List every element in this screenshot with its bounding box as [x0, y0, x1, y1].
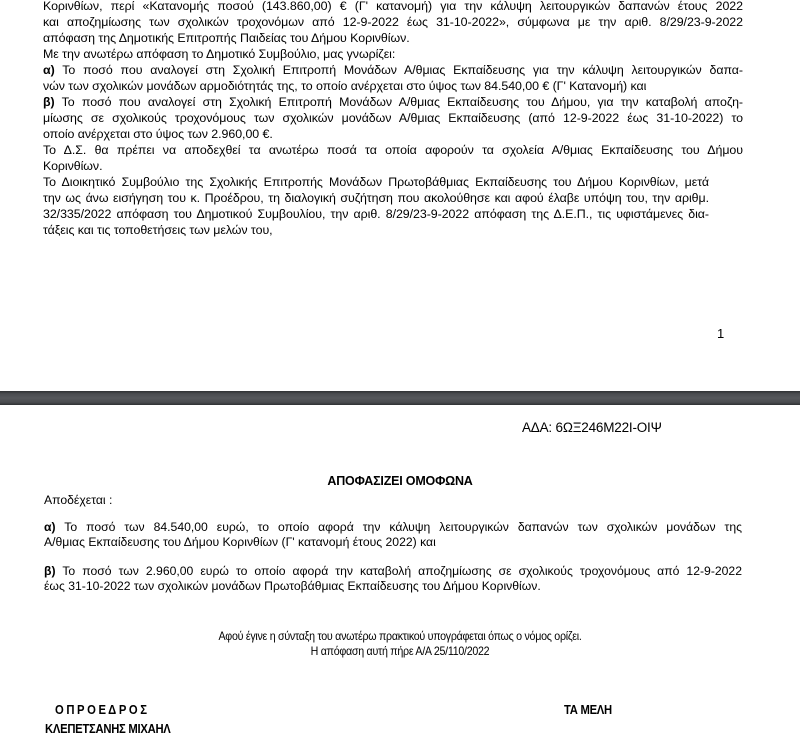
body-line: Κορινθίων. — [43, 159, 743, 173]
item-b-text: Το ποσό των 2.960,00 ευρώ το οποίο αφορά… — [56, 564, 743, 578]
item-b-line1: β) Το ποσό των 2.960,00 ευρώ το οποίο αφ… — [44, 564, 742, 578]
body-line-item-a: α) Το ποσό που αναλογεί στη Σχολική Επιτ… — [43, 63, 743, 77]
president-name: ΚΛΕΠΕΤΣΑΝΗΣ ΜΙΧΑΗΛ — [45, 722, 171, 736]
body-line: την ως άνω εισήγηση του κ. Προέδρου, τη … — [43, 191, 709, 205]
body-line: νών των σχολικών μονάδων αρμοδιότητάς τη… — [43, 79, 743, 93]
body-line: και αποζημίωσης των σχολικών τροχονόμων … — [43, 15, 743, 29]
item-a-text: Το ποσό των 84.540,00 ευρώ, το οποίο αφο… — [56, 520, 742, 534]
page-number: 1 — [717, 326, 724, 341]
page-separator — [0, 391, 800, 405]
item-a-label: α) — [43, 63, 55, 77]
body-line: μίωσης σε σχολικούς τροχονόμους των σχολ… — [43, 111, 743, 125]
item-a-text: Το ποσό που αναλογεί στη Σχολική Επιτροπ… — [55, 63, 743, 77]
body-line: τάξεις και τις τοποθετήσεις των μελών το… — [43, 223, 743, 237]
body-line: οποίο ανέρχεται στο ύψος των 2.960,00 €. — [43, 127, 743, 141]
item-b-text: Το ποσό που αναλογεί στη Σχολική Επιτροπ… — [55, 95, 743, 109]
body-line: απόφαση της Δημοτικής Επιτροπής Παιδείας… — [43, 31, 743, 45]
item-b-label: β) — [43, 95, 55, 109]
closing-line-2: Η απόφαση αυτή πήρε Α/Α 25/110/2022 — [32, 645, 768, 658]
item-a-label: α) — [44, 520, 56, 534]
ada-code: ΑΔΑ: 6ΩΞ246Μ22Ι-ΟΙΨ — [522, 420, 662, 435]
item-b-line2: έως 31-10-2022 των σχολικών μονάδων Πρωτ… — [44, 579, 744, 593]
body-line: 32/335/2022 απόφαση του Δημοτικού Συμβου… — [43, 207, 709, 221]
item-b-label: β) — [44, 564, 56, 578]
body-line: Το Διοικητικό Συμβούλιο της Σχολικής Επι… — [43, 175, 709, 189]
body-line-item-b: β) Το ποσό που αναλογεί στη Σχολική Επιτ… — [43, 95, 743, 109]
body-line: Το Δ.Σ. θα πρέπει να αποδεχθεί τα ανωτέρ… — [43, 143, 743, 157]
president-title: Ο Π Ρ Ο Ε Δ Ρ Ο Σ — [55, 703, 147, 717]
accepts-label: Αποδέχεται : — [44, 493, 744, 507]
body-line: Με την ανωτέρω απόφαση το Δημοτικό Συμβο… — [43, 47, 743, 61]
members-title: ΤΑ ΜΕΛΗ — [564, 703, 612, 717]
closing-line-1: Αφού έγινε η σύνταξη του ανωτέρω πρακτικ… — [32, 630, 768, 643]
item-a-line2: Α/θμιας Εκπαίδευσης του Δήμου Κορινθίων … — [44, 535, 744, 549]
item-a-line1: α) Το ποσό των 84.540,00 ευρώ, το οποίο … — [44, 520, 742, 534]
decision-title: ΑΠΟΦΑΣΙΖΕΙ ΟΜΟΦΩΝΑ — [0, 474, 800, 488]
body-line: Κορινθίων, περί «Κατανομής ποσού (143.86… — [43, 0, 743, 13]
